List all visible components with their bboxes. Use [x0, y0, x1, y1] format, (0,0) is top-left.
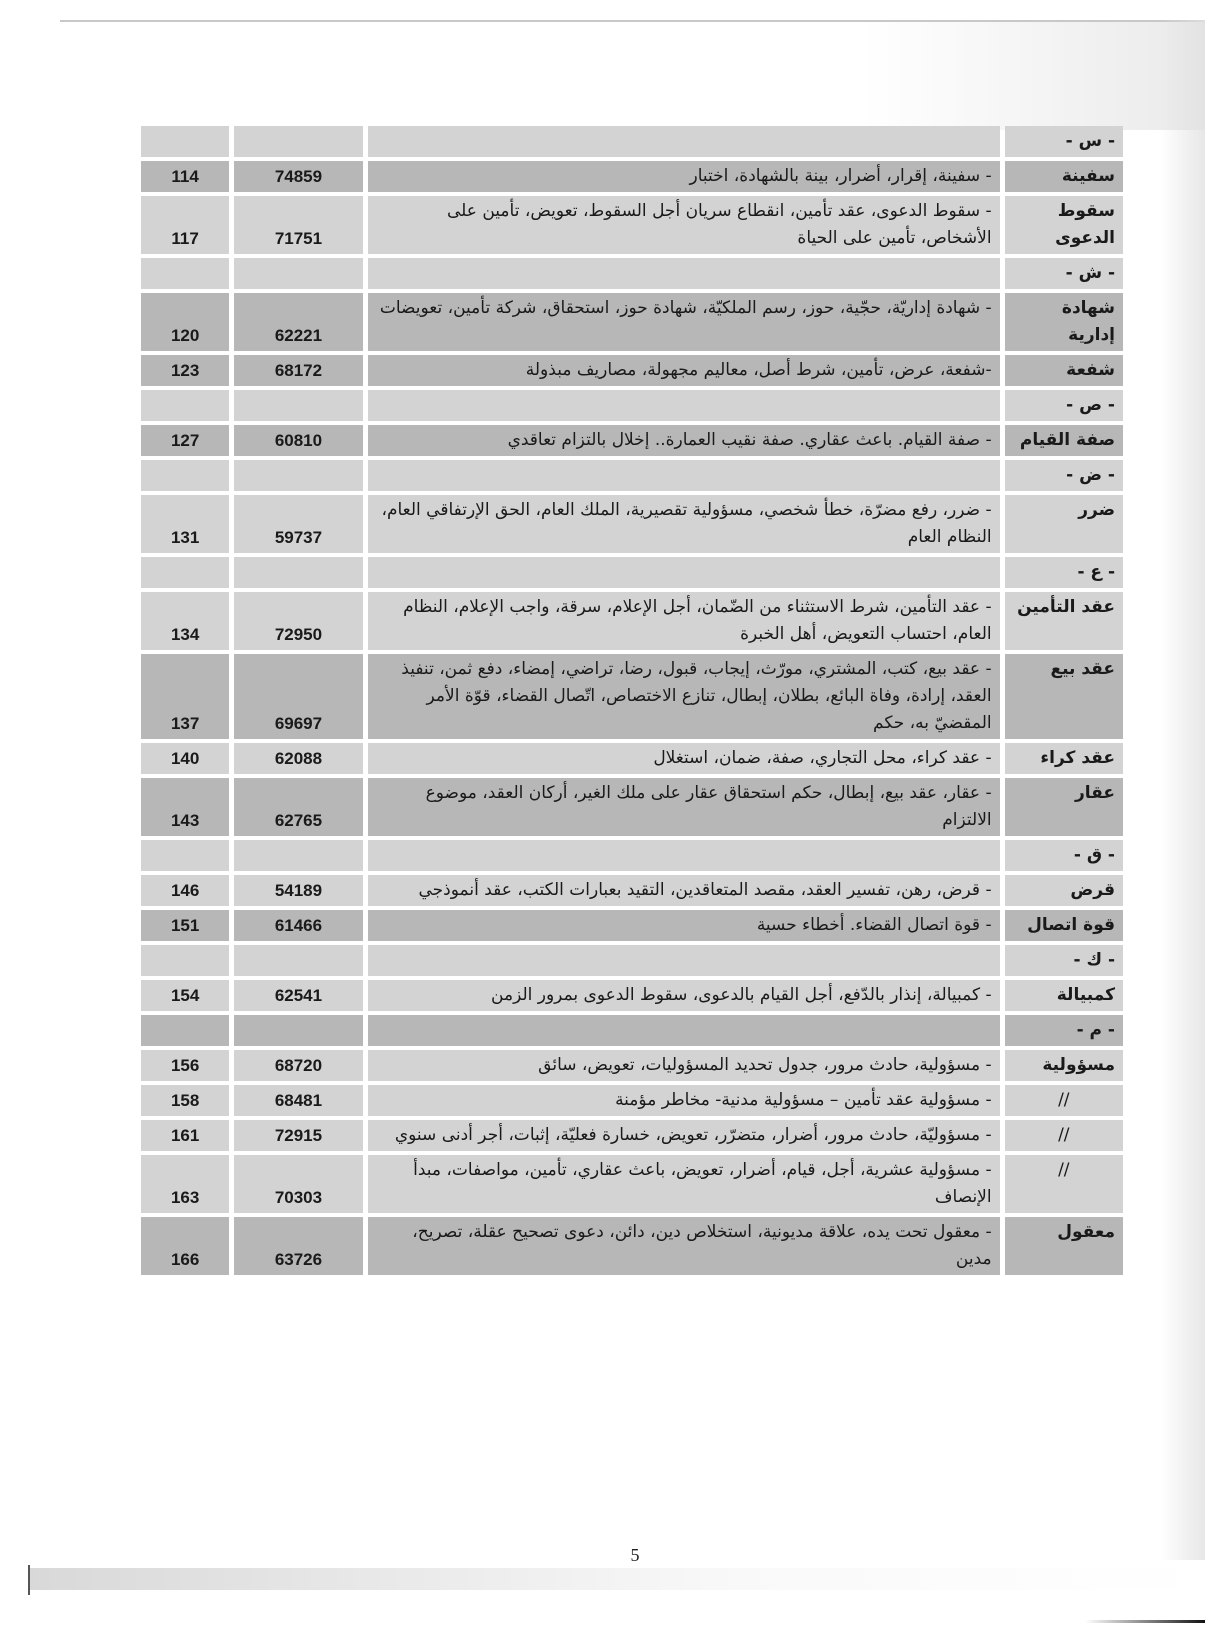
- term-cell: شهادة إدارية: [1005, 293, 1123, 351]
- table-row: 12760810- صفة القيام. باعث عقاري. صفة نق…: [141, 425, 1123, 456]
- keywords-cell: [368, 945, 1000, 976]
- ruling-number-cell: 54189: [234, 875, 362, 906]
- keywords-cell: [368, 258, 1000, 289]
- ruling-number-cell: 69697: [234, 654, 362, 739]
- letter-section-row: - ق -: [141, 840, 1123, 871]
- ruling-number-cell: 72915: [234, 1120, 362, 1151]
- ruling-number-cell: 68481: [234, 1085, 362, 1116]
- page-cell: 127: [141, 425, 229, 456]
- ruling-number-cell: [234, 557, 362, 588]
- ruling-number-cell: [234, 460, 362, 491]
- page-number: 5: [620, 1545, 650, 1566]
- term-cell: - س -: [1005, 126, 1123, 157]
- table-row: 12062221- شهادة إداريّة، حجّية، حوز، رسم…: [141, 293, 1123, 351]
- ruling-number-cell: 63726: [234, 1217, 362, 1275]
- page-cell: 154: [141, 980, 229, 1011]
- term-cell: عقد التأمين: [1005, 592, 1123, 650]
- keywords-cell: - سفينة، إقرار، أضرار، بينة بالشهادة، اخ…: [368, 161, 1000, 192]
- ruling-number-cell: [234, 390, 362, 421]
- page-cell: [141, 557, 229, 588]
- page-cell: 163: [141, 1155, 229, 1213]
- table-row: 15868481- مسؤولية عقد تأمين – مسؤولية مد…: [141, 1085, 1123, 1116]
- table-row: 15668720- مسؤولية، حادث مرور، جدول تحديد…: [141, 1050, 1123, 1081]
- keywords-cell: - قوة اتصال القضاء. أخطاء حسية: [368, 910, 1000, 941]
- ruling-number-cell: 59737: [234, 495, 362, 553]
- ruling-number-cell: 62765: [234, 778, 362, 836]
- table-row: 13769697- عقد بيع، كتب، المشتري، مورّث، …: [141, 654, 1123, 739]
- term-cell: - ك -: [1005, 945, 1123, 976]
- term-cell: //: [1005, 1120, 1123, 1151]
- ruling-number-cell: 71751: [234, 196, 362, 254]
- table-row: 15462541- كمبيالة، إنذار بالدّفع، أجل ال…: [141, 980, 1123, 1011]
- term-cell: سقوط الدعوى: [1005, 196, 1123, 254]
- letter-section-row: - م -: [141, 1015, 1123, 1046]
- keywords-cell: - مسؤولية عشرية، أجل، قيام، أضرار، تعويض…: [368, 1155, 1000, 1213]
- page-cell: 140: [141, 743, 229, 774]
- page-cell: 156: [141, 1050, 229, 1081]
- page-cell: 137: [141, 654, 229, 739]
- table-row: 16172915- مسؤوليّة، حادث مرور، أضرار، مت…: [141, 1120, 1123, 1151]
- keywords-cell: [368, 460, 1000, 491]
- letter-section-row: - ك -: [141, 945, 1123, 976]
- term-cell: - ص -: [1005, 390, 1123, 421]
- page-cell: 143: [141, 778, 229, 836]
- term-cell: سفينة: [1005, 161, 1123, 192]
- keywords-cell: [368, 840, 1000, 871]
- ruling-number-cell: 70303: [234, 1155, 362, 1213]
- keywords-cell: - معقول تحت يده، علاقة مديونية، استخلاص …: [368, 1217, 1000, 1275]
- term-cell: - ق -: [1005, 840, 1123, 871]
- keywords-cell: - كمبيالة، إنذار بالدّفع، أجل القيام بال…: [368, 980, 1000, 1011]
- keywords-cell: - سقوط الدعوى، عقد تأمين، انقطاع سريان أ…: [368, 196, 1000, 254]
- term-cell: عقار: [1005, 778, 1123, 836]
- page-cell: 131: [141, 495, 229, 553]
- scan-shadow-right: [1160, 20, 1205, 1560]
- term-cell: //: [1005, 1155, 1123, 1213]
- ruling-number-cell: 60810: [234, 425, 362, 456]
- page-cell: [141, 460, 229, 491]
- page-cell: [141, 945, 229, 976]
- keywords-cell: [368, 557, 1000, 588]
- scan-shadow-top: [60, 20, 1205, 130]
- table-row: 16663726- معقول تحت يده، علاقة مديونية، …: [141, 1217, 1123, 1275]
- keywords-cell: - عقار، عقد بيع، إبطال، حكم استحقاق عقار…: [368, 778, 1000, 836]
- ruling-number-cell: 61466: [234, 910, 362, 941]
- keywords-cell: - صفة القيام. باعث عقاري. صفة نقيب العما…: [368, 425, 1000, 456]
- index-table: - س -11474859- سفينة، إقرار، أضرار، بينة…: [136, 122, 1128, 1279]
- table-row: 13159737- ضرر، رفع مضرّة، خطأ شخصي، مسؤو…: [141, 495, 1123, 553]
- page-cell: [141, 258, 229, 289]
- keywords-cell: - قرض، رهن، تفسير العقد، مقصد المتعاقدين…: [368, 875, 1000, 906]
- term-cell: - م -: [1005, 1015, 1123, 1046]
- term-cell: ضرر: [1005, 495, 1123, 553]
- keywords-cell: - عقد كراء، محل التجاري، صفة، ضمان، استغ…: [368, 743, 1000, 774]
- term-cell: //: [1005, 1085, 1123, 1116]
- scan-shadow-bottom: [28, 1568, 1208, 1590]
- ruling-number-cell: [234, 840, 362, 871]
- term-cell: - ض -: [1005, 460, 1123, 491]
- ruling-number-cell: [234, 126, 362, 157]
- page-cell: [141, 840, 229, 871]
- ruling-number-cell: 62221: [234, 293, 362, 351]
- term-cell: قرض: [1005, 875, 1123, 906]
- letter-section-row: - ع -: [141, 557, 1123, 588]
- table-row: 12368172-شفعة، عرض، تأمين، شرط أصل، معال…: [141, 355, 1123, 386]
- term-cell: عقد كراء: [1005, 743, 1123, 774]
- page-cell: 117: [141, 196, 229, 254]
- scan-corner-line: [1085, 1620, 1205, 1623]
- ruling-number-cell: 72950: [234, 592, 362, 650]
- letter-section-row: - ض -: [141, 460, 1123, 491]
- table-row: 13472950- عقد التأمين، شرط الاستثناء من …: [141, 592, 1123, 650]
- keywords-cell: - مسؤولية عقد تأمين – مسؤولية مدنية- مخا…: [368, 1085, 1000, 1116]
- ruling-number-cell: [234, 945, 362, 976]
- keywords-cell: - عقد بيع، كتب، المشتري، مورّث، إيجاب، ق…: [368, 654, 1000, 739]
- keywords-cell: - عقد التأمين، شرط الاستثناء من الضّمان،…: [368, 592, 1000, 650]
- term-cell: - ع -: [1005, 557, 1123, 588]
- page-cell: 114: [141, 161, 229, 192]
- ruling-number-cell: 68720: [234, 1050, 362, 1081]
- term-cell: شفعة: [1005, 355, 1123, 386]
- table-row: 11474859- سفينة، إقرار، أضرار، بينة بالش…: [141, 161, 1123, 192]
- page-cell: 158: [141, 1085, 229, 1116]
- keywords-cell: [368, 126, 1000, 157]
- table-row: 16370303- مسؤولية عشرية، أجل، قيام، أضرا…: [141, 1155, 1123, 1213]
- ruling-number-cell: [234, 1015, 362, 1046]
- ruling-number-cell: 68172: [234, 355, 362, 386]
- term-cell: كمبيالة: [1005, 980, 1123, 1011]
- keywords-cell: -شفعة، عرض، تأمين، شرط أصل، معاليم مجهول…: [368, 355, 1000, 386]
- letter-section-row: - ش -: [141, 258, 1123, 289]
- page-cell: [141, 390, 229, 421]
- letter-section-row: - ص -: [141, 390, 1123, 421]
- page-cell: 120: [141, 293, 229, 351]
- keywords-cell: [368, 390, 1000, 421]
- table-row: 14362765- عقار، عقد بيع، إبطال، حكم استح…: [141, 778, 1123, 836]
- keywords-cell: [368, 1015, 1000, 1046]
- keywords-cell: - مسؤولية، حادث مرور، جدول تحديد المسؤول…: [368, 1050, 1000, 1081]
- ruling-number-cell: [234, 258, 362, 289]
- scan-edge-top: [60, 20, 1205, 22]
- ruling-number-cell: 74859: [234, 161, 362, 192]
- term-cell: معقول: [1005, 1217, 1123, 1275]
- table-row: 14654189- قرض، رهن، تفسير العقد، مقصد ال…: [141, 875, 1123, 906]
- page-cell: [141, 1015, 229, 1046]
- scan-edge-mark: [28, 1565, 30, 1595]
- page-cell: [141, 126, 229, 157]
- table-row: 15161466- قوة اتصال القضاء. أخطاء حسيةقو…: [141, 910, 1123, 941]
- page-cell: 151: [141, 910, 229, 941]
- term-cell: صفة القيام: [1005, 425, 1123, 456]
- ruling-number-cell: 62541: [234, 980, 362, 1011]
- letter-section-row: - س -: [141, 126, 1123, 157]
- page-cell: 161: [141, 1120, 229, 1151]
- term-cell: عقد بيع: [1005, 654, 1123, 739]
- keywords-cell: - ضرر، رفع مضرّة، خطأ شخصي، مسؤولية تقصي…: [368, 495, 1000, 553]
- page-cell: 134: [141, 592, 229, 650]
- page-cell: 123: [141, 355, 229, 386]
- keywords-cell: - شهادة إداريّة، حجّية، حوز، رسم الملكيّ…: [368, 293, 1000, 351]
- ruling-number-cell: 62088: [234, 743, 362, 774]
- page-cell: 146: [141, 875, 229, 906]
- table-row: 11771751- سقوط الدعوى، عقد تأمين، انقطاع…: [141, 196, 1123, 254]
- keywords-cell: - مسؤوليّة، حادث مرور، أضرار، متضرّر، تع…: [368, 1120, 1000, 1151]
- index-table-body: - س -11474859- سفينة، إقرار، أضرار، بينة…: [141, 126, 1123, 1275]
- page-cell: 166: [141, 1217, 229, 1275]
- term-cell: مسؤولية: [1005, 1050, 1123, 1081]
- table-row: 14062088- عقد كراء، محل التجاري، صفة، ضم…: [141, 743, 1123, 774]
- term-cell: قوة اتصال: [1005, 910, 1123, 941]
- term-cell: - ش -: [1005, 258, 1123, 289]
